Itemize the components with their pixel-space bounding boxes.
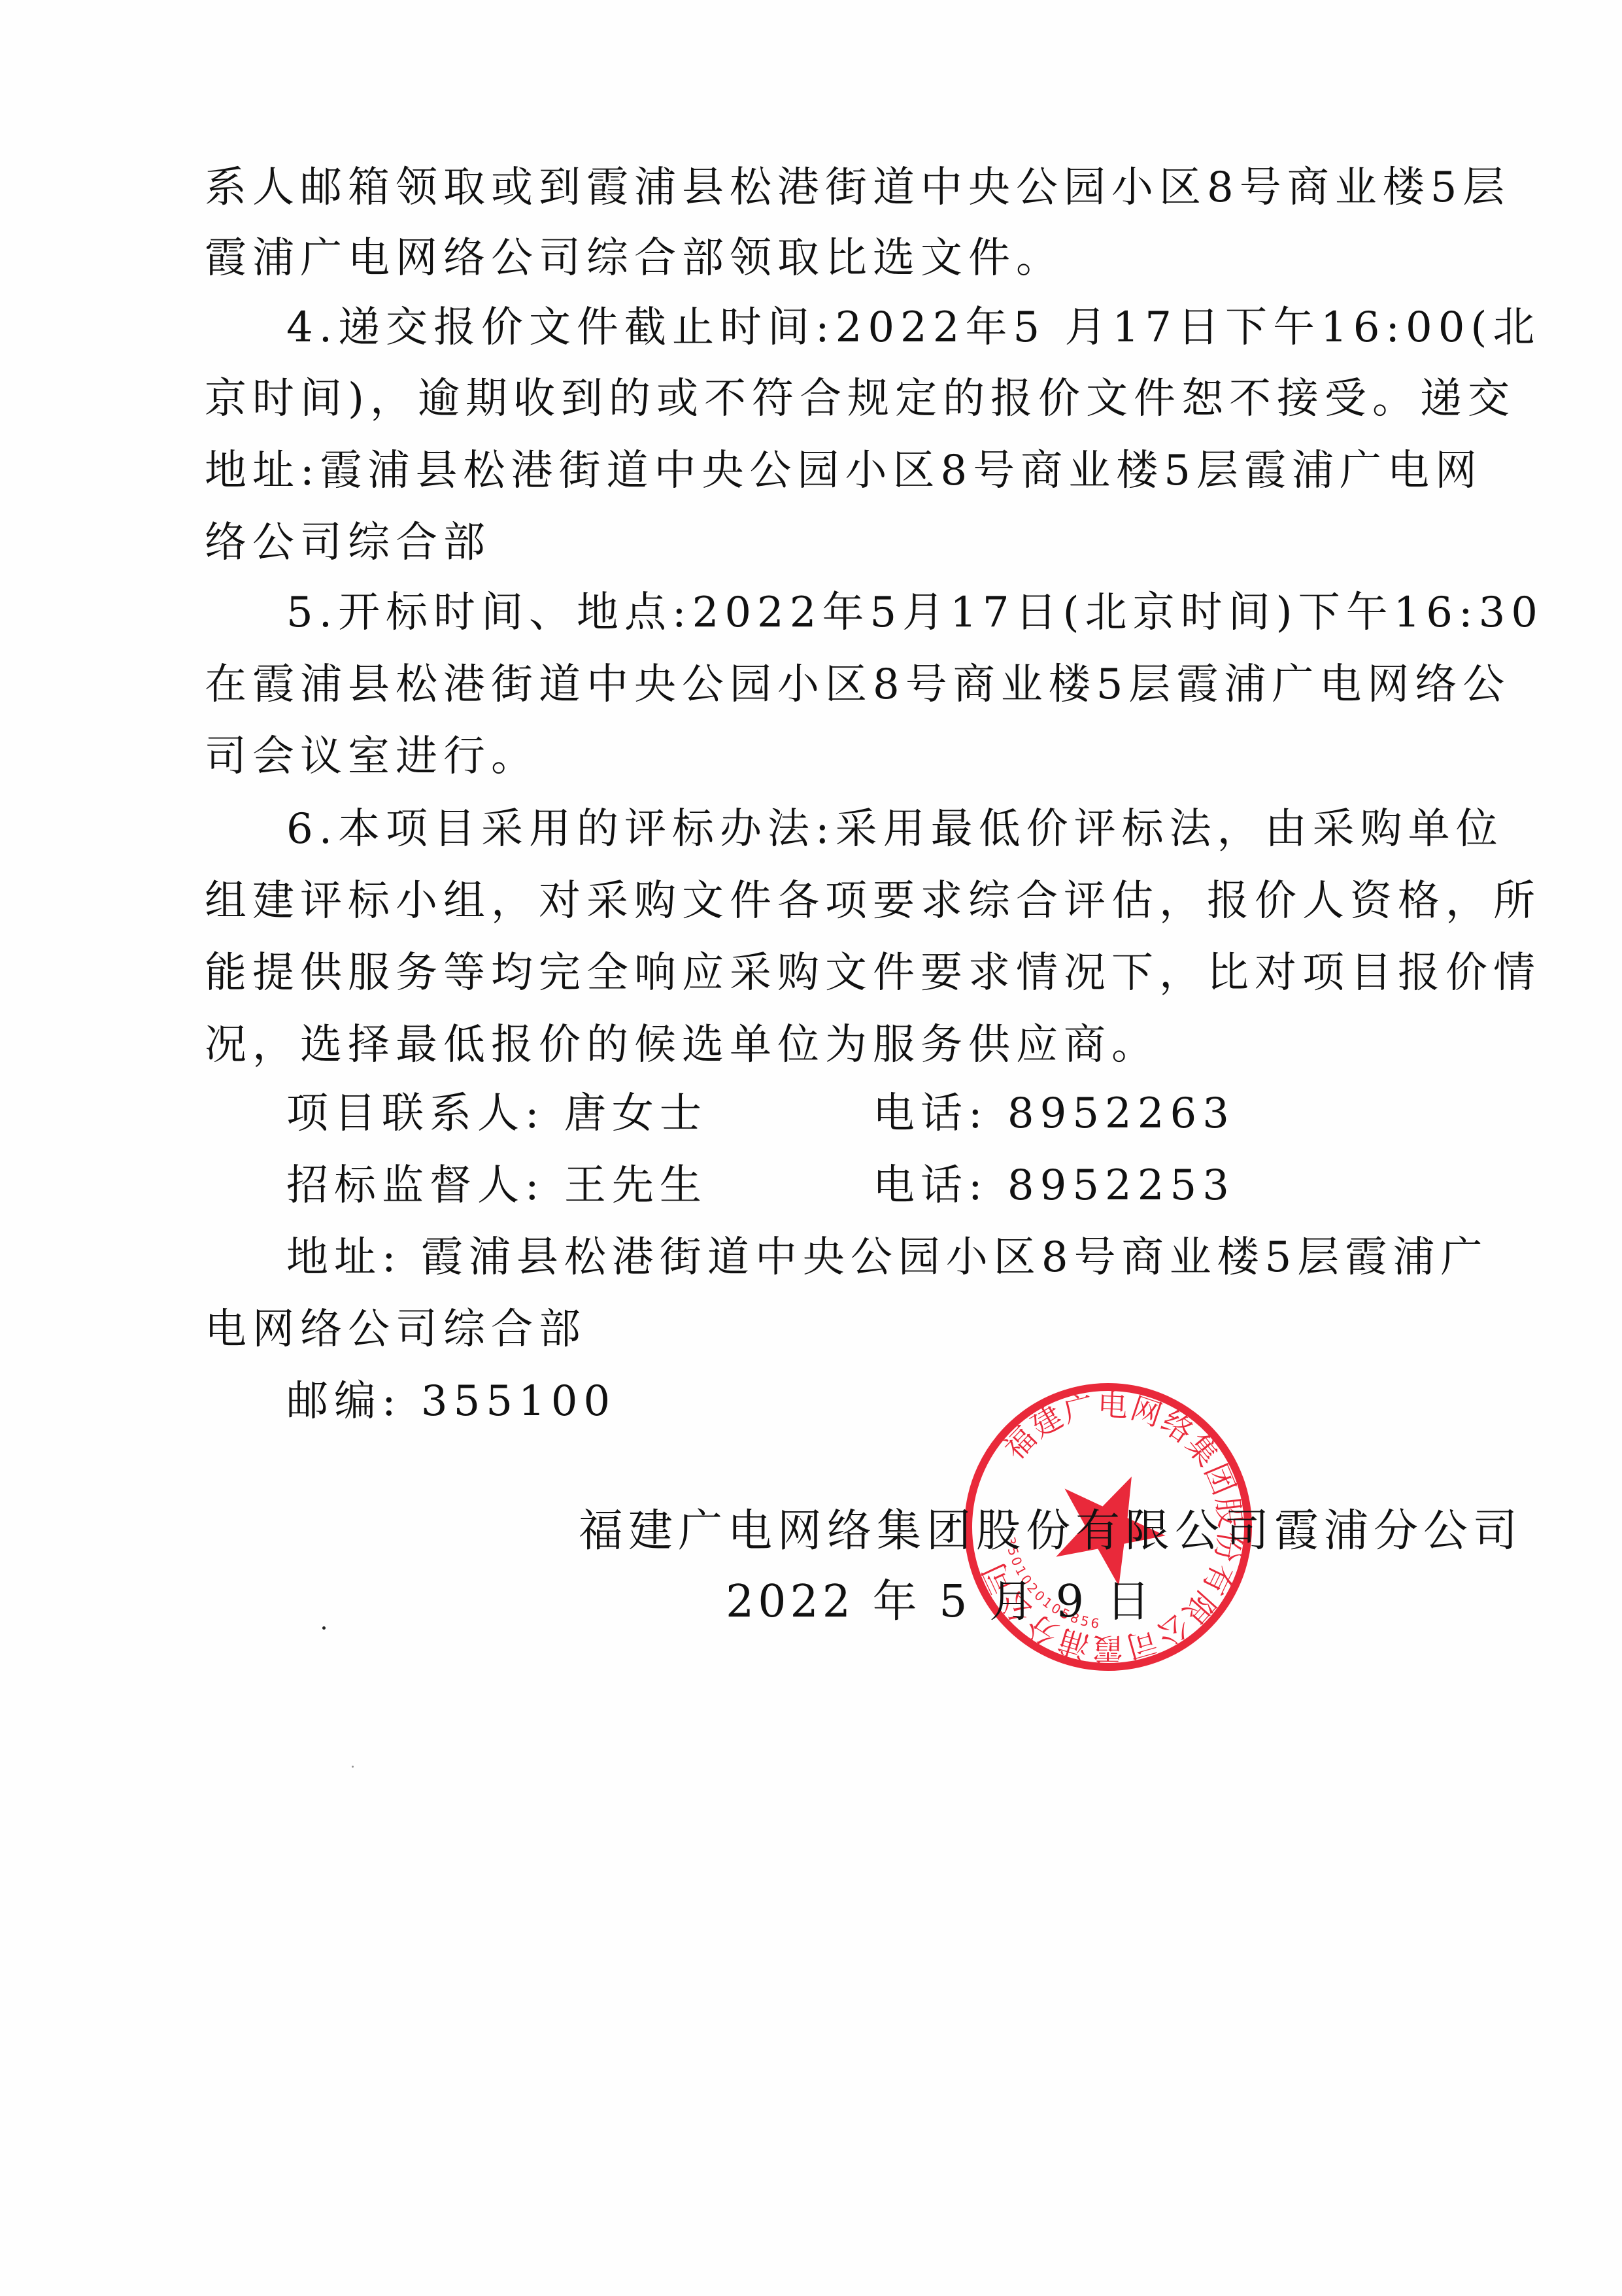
item-6-line-3: 能提供服务等均完全响应采购文件要求情况下，比对项目报价情 (205, 950, 1401, 996)
contact-person-phone: 电话: 8952263 (873, 1091, 1235, 1137)
item-5-line-2: 在霞浦县松港街道中央公园小区8号商业楼5层霞浦广电网络公 (205, 662, 1401, 708)
signing-date: 2022 年 5 月 9 日 (726, 1578, 1155, 1626)
postcode: 邮编: 355100 (286, 1379, 616, 1424)
item-4-line-1: 4.递交报价文件截止时间:2022年5 月17日下午16:00(北 (286, 305, 1401, 351)
signing-organization: 福建广电网络集团股份有限公司霞浦分公司 (579, 1507, 1523, 1556)
item-4-line-4: 络公司综合部 (205, 520, 1401, 566)
supervisor-label: 招标监督人: 王先生 (286, 1163, 707, 1208)
address-line-1: 地址: 霞浦县松港街道中央公园小区8号商业楼5层霞浦广 (286, 1235, 1401, 1280)
body-line-1: 系人邮箱领取或到霞浦县松港街道中央公园小区8号商业楼5层 (205, 165, 1401, 211)
contact-person-label: 项目联系人: 唐女士 (286, 1091, 707, 1137)
address-line-2: 电网络公司综合部 (205, 1307, 1401, 1352)
item-5-line-3: 司会议室进行。 (205, 734, 1401, 780)
item-4-line-2: 京时间)，逾期收到的或不符合规定的报价文件恕不接受。递交 (205, 376, 1401, 422)
item-4-line-3: 地址:霞浦县松港街道中央公园小区8号商业楼5层霞浦广电网 (205, 448, 1401, 494)
body-line-2: 霞浦广电网络公司综合部领取比选文件。 (205, 235, 1401, 281)
item-6-line-1: 6.本项目采用的评标办法:采用最低价评标法，由采购单位 (286, 806, 1401, 852)
supervisor-phone: 电话: 8952253 (873, 1163, 1235, 1208)
item-6-line-4: 况，选择最低报价的候选单位为服务供应商。 (205, 1022, 1401, 1068)
item-5-line-1: 5.开标时间、地点:2022年5月17日(北京时间)下午16:30 (286, 590, 1401, 636)
item-6-line-2: 组建评标小组，对采购文件各项要求综合评估，报价人资格，所 (205, 878, 1401, 924)
scan-speck (322, 1626, 326, 1630)
document-page: 系人邮箱领取或到霞浦县松港街道中央公园小区8号商业楼5层 霞浦广电网络公司综合部… (0, 0, 1622, 2296)
scan-speck (352, 1766, 354, 1768)
